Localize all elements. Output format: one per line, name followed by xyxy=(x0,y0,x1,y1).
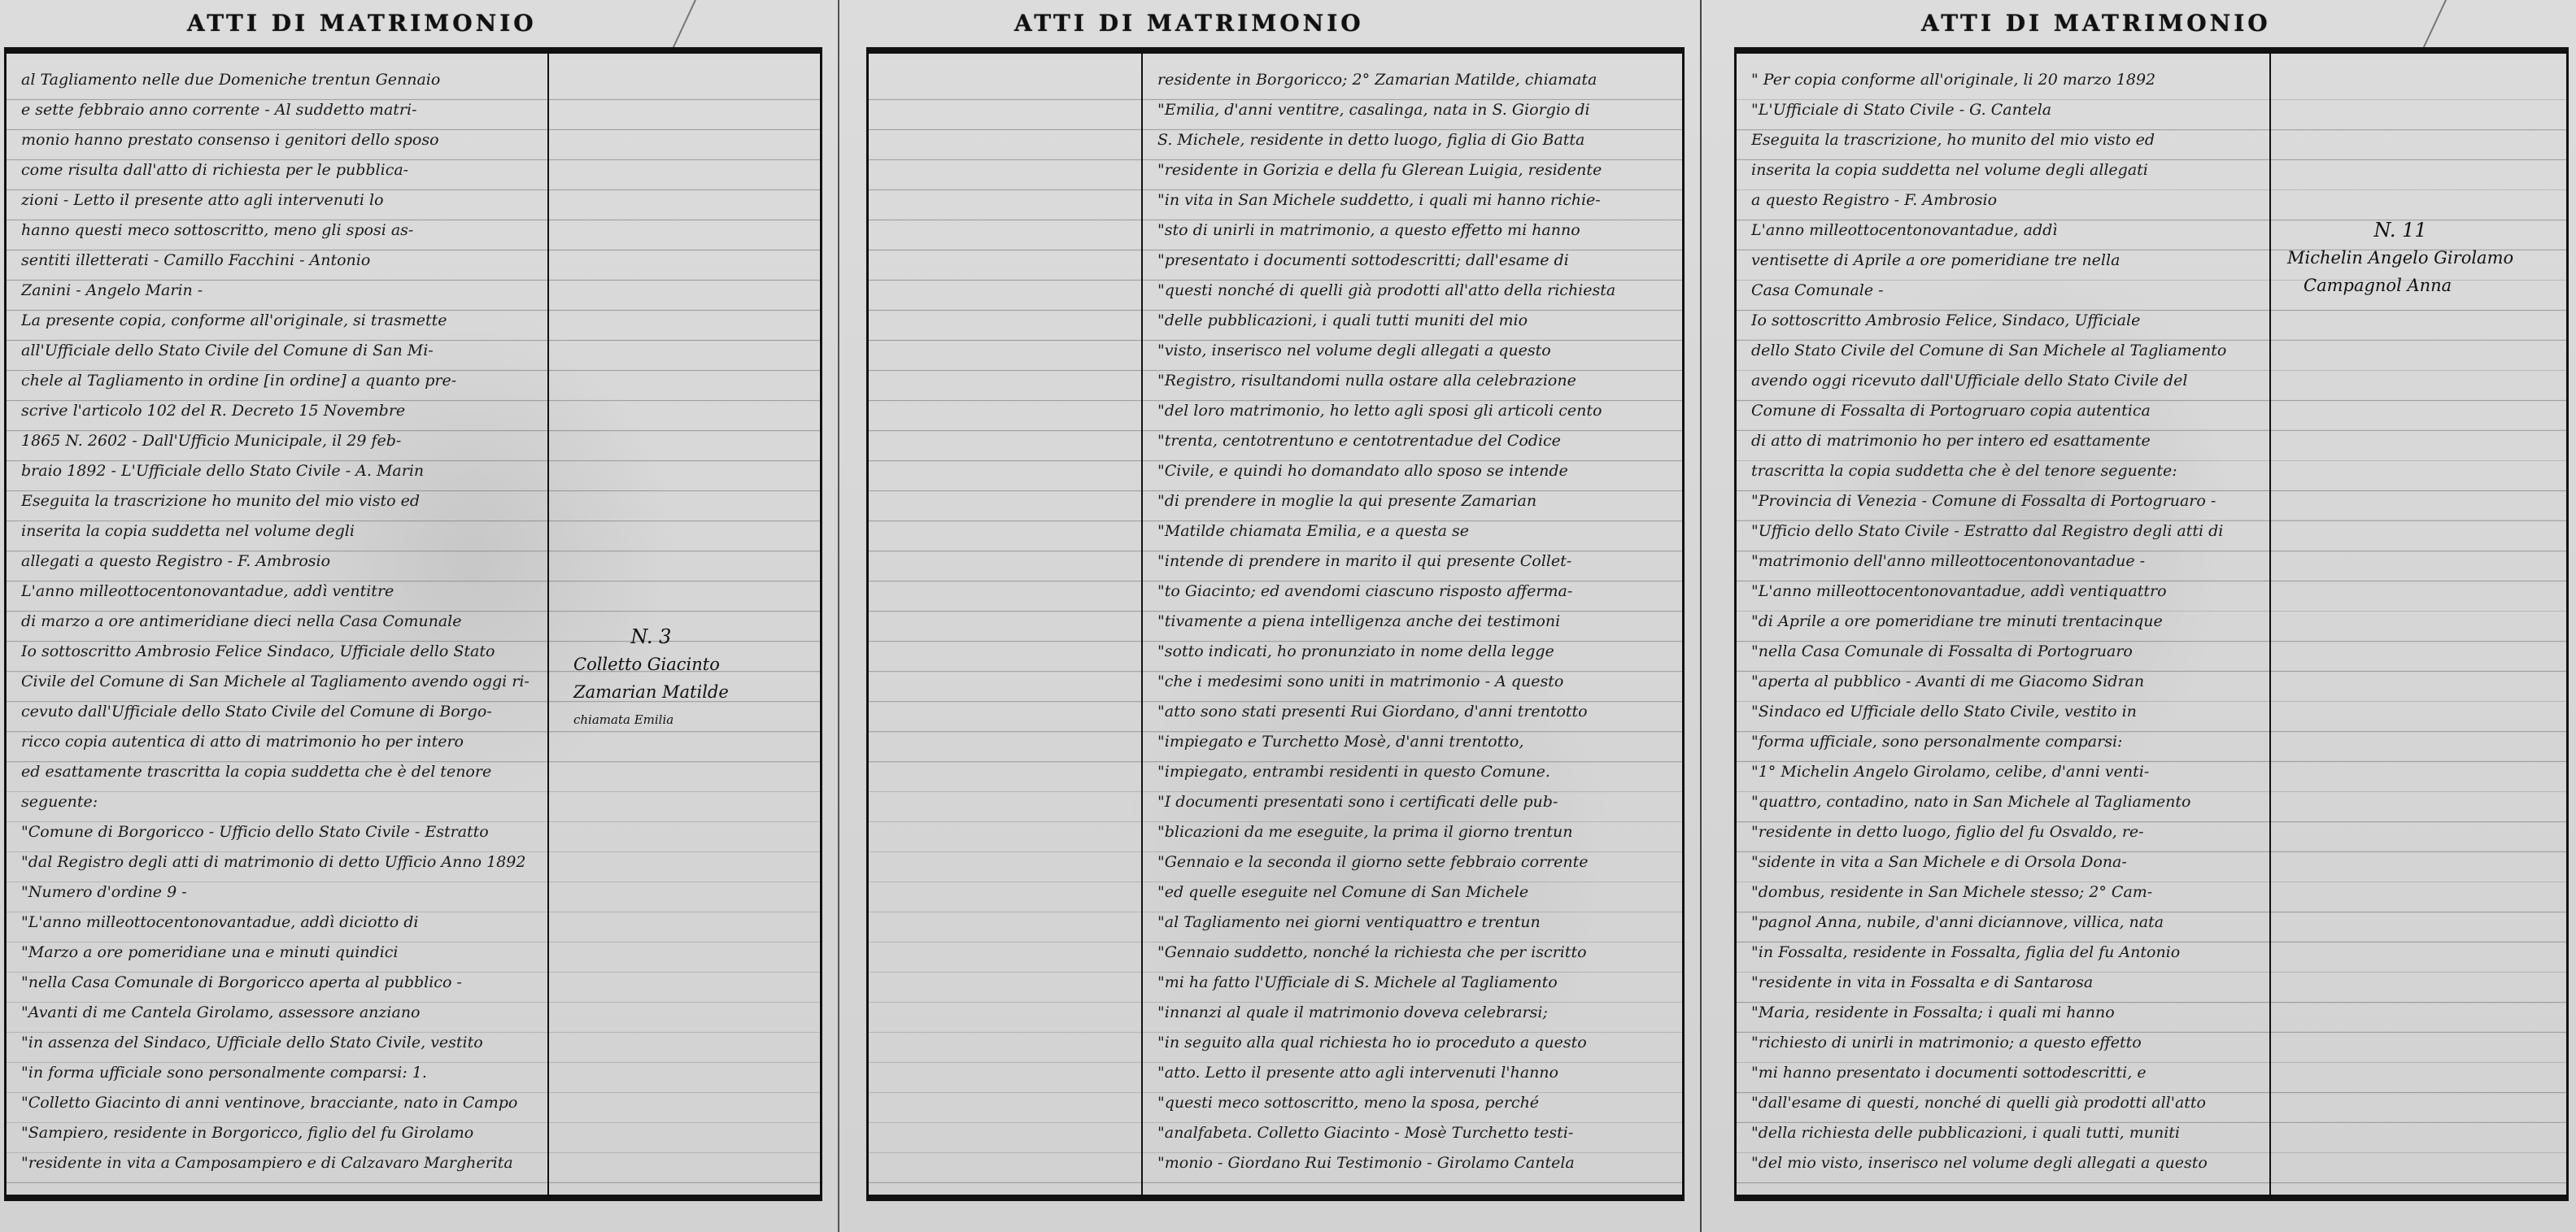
text-line: dello Stato Civile del Comune di San Mic… xyxy=(1751,336,2258,366)
text-line: "impiegato, entrambi residenti in questo… xyxy=(1157,757,1671,787)
text-line: "visto, inserisco nel volume degli alleg… xyxy=(1157,336,1671,366)
text-line: "matrimonio dell'anno milleottocentonova… xyxy=(1751,546,2258,577)
text-line: "del loro matrimonio, ho letto agli spos… xyxy=(1157,396,1671,426)
text-line: "Emilia, d'anni ventitre, casalinga, nat… xyxy=(1157,95,1671,125)
text-line: cevuto dall'Ufficiale dello Stato Civile… xyxy=(21,697,536,727)
text-line: "ed quelle eseguite nel Comune di San Mi… xyxy=(1157,877,1671,908)
text-line: "monio - Giordano Rui Testimonio - Girol… xyxy=(1157,1148,1671,1178)
text-line: "in forma ufficiale sono personalmente c… xyxy=(21,1058,536,1088)
margin-annotation: N. 3 Colletto Giacinto Zamarian Matilde … xyxy=(573,623,729,734)
text-line: "questi meco sottoscritto, meno la sposa… xyxy=(1157,1088,1671,1118)
record-number: N. 3 xyxy=(573,623,729,651)
text-line: zioni - Letto il presente atto agli inte… xyxy=(21,185,536,215)
text-line: come risulta dall'atto di richiesta per … xyxy=(21,155,536,185)
text-line: seguente: xyxy=(21,787,536,817)
text-line: "L'Ufficiale di Stato Civile - G. Cantel… xyxy=(1751,95,2258,125)
text-line: "residente in Gorizia e della fu Glerean… xyxy=(1157,155,1671,185)
text-line: monio hanno prestato consenso i genitori… xyxy=(21,125,536,155)
text-line: "dal Registro degli atti di matrimonio d… xyxy=(21,847,536,877)
text-line: "Gennaio suddetto, nonché la richiesta c… xyxy=(1157,938,1671,968)
text-line: "di Aprile a ore pomeridiane tre minuti … xyxy=(1751,607,2258,637)
text-line: "L'anno milleottocentonovantadue, addì d… xyxy=(21,908,536,938)
text-line: hanno questi meco sottoscritto, meno gli… xyxy=(21,215,536,246)
text-line: trascritta la copia suddetta che è del t… xyxy=(1751,456,2258,486)
text-line: "Ufficio dello Stato Civile - Estratto d… xyxy=(1751,516,2258,546)
bride-name: Zamarian Matilde xyxy=(573,678,729,706)
text-line: "quattro, contadino, nato in San Michele… xyxy=(1751,787,2258,817)
text-line: allegati a questo Registro - F. Ambrosio xyxy=(21,546,536,577)
text-line: residente in Borgoricco; 2° Zamarian Mat… xyxy=(1157,65,1671,95)
record-text: " Per copia conforme all'originale, li 2… xyxy=(1751,65,2258,1178)
margin-annotation: N. 11 Michelin Angelo Girolamo Campagnol… xyxy=(2287,216,2513,299)
bride-name: Campagnol Anna xyxy=(2287,272,2513,299)
register-page-2: ATTI DI MATRIMONIO residente in Borgoric… xyxy=(838,0,1702,1232)
text-line: "delle pubblicazioni, i quali tutti muni… xyxy=(1157,306,1671,336)
text-line: "1° Michelin Angelo Girolamo, celibe, d'… xyxy=(1751,757,2258,787)
text-line: Zanini - Angelo Marin - xyxy=(21,276,536,306)
text-line: "Civile, e quindi ho domandato allo spos… xyxy=(1157,456,1671,486)
groom-name: Colletto Giacinto xyxy=(573,651,729,678)
text-line: sentiti illetterati - Camillo Facchini -… xyxy=(21,246,536,276)
text-line: inserita la copia suddetta nel volume de… xyxy=(1751,155,2258,185)
text-line: "questi nonché di quelli già prodotti al… xyxy=(1157,276,1671,306)
text-line: "Avanti di me Cantela Girolamo, assessor… xyxy=(21,998,536,1028)
text-line: Comune di Fossalta di Portogruaro copia … xyxy=(1751,396,2258,426)
text-line: "L'anno milleottocentonovantadue, addì v… xyxy=(1751,577,2258,607)
text-line: "analfabeta. Colletto Giacinto - Mosè Tu… xyxy=(1157,1118,1671,1148)
page-title: ATTI DI MATRIMONIO xyxy=(1921,10,2271,37)
text-line: "Numero d'ordine 9 - xyxy=(21,877,536,908)
text-line: 1865 N. 2602 - Dall'Ufficio Municipale, … xyxy=(21,426,536,456)
text-line: "impiegato e Turchetto Mosè, d'anni tren… xyxy=(1157,727,1671,757)
text-line: " Per copia conforme all'originale, li 2… xyxy=(1751,65,2258,95)
text-line: "Marzo a ore pomeridiane una e minuti qu… xyxy=(21,938,536,968)
text-line: ventisette di Aprile a ore pomeridiane t… xyxy=(1751,246,2258,276)
text-line: "in vita in San Michele suddetto, i qual… xyxy=(1157,185,1671,215)
text-line: ed esattamente trascritta la copia sudde… xyxy=(21,757,536,787)
text-line: Casa Comunale - xyxy=(1751,276,2258,306)
record-body-column: " Per copia conforme all'originale, li 2… xyxy=(1737,54,2271,1195)
text-line: di atto di matrimonio ho per intero ed e… xyxy=(1751,426,2258,456)
text-line: "residente in vita in Fossalta e di Sant… xyxy=(1751,968,2258,998)
groom-name: Michelin Angelo Girolamo xyxy=(2287,244,2513,272)
text-line: "Colletto Giacinto di anni ventinove, br… xyxy=(21,1088,536,1118)
text-line: La presente copia, conforme all'original… xyxy=(21,306,536,336)
margin-column xyxy=(869,54,1143,1195)
text-line: Io sottoscritto Ambrosio Felice, Sindaco… xyxy=(1751,306,2258,336)
text-line: "trenta, centotrentuno e centotrentadue … xyxy=(1157,426,1671,456)
register-page-3: ATTI DI MATRIMONIO " Per copia conforme … xyxy=(1700,0,2576,1232)
text-line: "in seguito alla qual richiesta ho io pr… xyxy=(1157,1028,1671,1058)
text-line: inserita la copia suddetta nel volume de… xyxy=(21,516,536,546)
bride-alias: chiamata Emilia xyxy=(573,706,729,734)
record-body-column: al Tagliamento nelle due Domeniche trent… xyxy=(7,54,549,1195)
record-frame: " Per copia conforme all'originale, li 2… xyxy=(1734,47,2569,1201)
text-line: "che i medesimi sono uniti in matrimonio… xyxy=(1157,667,1671,697)
text-line: "atto sono stati presenti Rui Giordano, … xyxy=(1157,697,1671,727)
text-line: "mi ha fatto l'Ufficiale di S. Michele a… xyxy=(1157,968,1671,998)
text-line: "in Fossalta, residente in Fossalta, fig… xyxy=(1751,938,2258,968)
text-line: "del mio visto, inserisco nel volume deg… xyxy=(1751,1148,2258,1178)
page-title: ATTI DI MATRIMONIO xyxy=(1014,10,1364,37)
text-line: "sotto indicati, ho pronunziato in nome … xyxy=(1157,637,1671,667)
text-line: "I documenti presentati sono i certifica… xyxy=(1157,787,1671,817)
record-text: al Tagliamento nelle due Domeniche trent… xyxy=(21,65,536,1178)
text-line: "della richiesta delle pubblicazioni, i … xyxy=(1751,1118,2258,1148)
text-line: "residente in vita a Camposampiero e di … xyxy=(21,1148,536,1178)
text-line: "to Giacinto; ed avendomi ciascuno rispo… xyxy=(1157,577,1671,607)
text-line: "dall'esame di questi, nonché di quelli … xyxy=(1751,1088,2258,1118)
text-line: di marzo a ore antimeridiane dieci nella… xyxy=(21,607,536,637)
text-line: L'anno milleottocentonovantadue, addì xyxy=(1751,215,2258,246)
text-line: all'Ufficiale dello Stato Civile del Com… xyxy=(21,336,536,366)
text-line: e sette febbraio anno corrente - Al sudd… xyxy=(21,95,536,125)
text-line: "Matilde chiamata Emilia, e a questa se xyxy=(1157,516,1671,546)
text-line: "aperta al pubblico - Avanti di me Giaco… xyxy=(1751,667,2258,697)
margin-column: N. 3 Colletto Giacinto Zamarian Matilde … xyxy=(549,54,820,1195)
text-line: "Sampiero, residente in Borgoricco, figl… xyxy=(21,1118,536,1148)
text-line: "forma ufficiale, sono personalmente com… xyxy=(1751,727,2258,757)
text-line: Io sottoscritto Ambrosio Felice Sindaco,… xyxy=(21,637,536,667)
register-page-1: ATTI DI MATRIMONIO al Tagliamento nelle … xyxy=(0,0,838,1232)
text-line: "Comune di Borgoricco - Ufficio dello St… xyxy=(21,817,536,847)
text-line: "sto di unirli in matrimonio, a questo e… xyxy=(1157,215,1671,246)
record-frame: residente in Borgoricco; 2° Zamarian Mat… xyxy=(866,47,1685,1201)
text-line: "Sindaco ed Ufficiale dello Stato Civile… xyxy=(1751,697,2258,727)
text-line: "atto. Letto il presente atto agli inter… xyxy=(1157,1058,1671,1088)
text-line: "Gennaio e la seconda il giorno sette fe… xyxy=(1157,847,1671,877)
record-frame: al Tagliamento nelle due Domeniche trent… xyxy=(4,47,822,1201)
text-line: "tivamente a piena intelligenza anche de… xyxy=(1157,607,1671,637)
text-line: chele al Tagliamento in ordine [in ordin… xyxy=(21,366,536,396)
text-line: ricco copia autentica di atto di matrimo… xyxy=(21,727,536,757)
text-line: L'anno milleottocentonovantadue, addì ve… xyxy=(21,577,536,607)
text-line: Civile del Comune di San Michele al Tagl… xyxy=(21,667,536,697)
text-line: "Registro, risultandomi nulla ostare all… xyxy=(1157,366,1671,396)
text-line: "al Tagliamento nei giorni ventiquattro … xyxy=(1157,908,1671,938)
text-line: "intende di prendere in marito il qui pr… xyxy=(1157,546,1671,577)
text-line: "presentato i documenti sottodescritti; … xyxy=(1157,246,1671,276)
margin-column: N. 11 Michelin Angelo Girolamo Campagnol… xyxy=(2271,54,2566,1195)
text-line: "richiesto di unirli in matrimonio; a qu… xyxy=(1751,1028,2258,1058)
text-line: "blicazioni da me eseguite, la prima il … xyxy=(1157,817,1671,847)
text-line: "innanzi al quale il matrimonio doveva c… xyxy=(1157,998,1671,1028)
text-line: "Provincia di Venezia - Comune di Fossal… xyxy=(1751,486,2258,516)
text-line: "sidente in vita a San Michele e di Orso… xyxy=(1751,847,2258,877)
text-line: scrive l'articolo 102 del R. Decreto 15 … xyxy=(21,396,536,426)
text-line: "mi hanno presentato i documenti sottode… xyxy=(1751,1058,2258,1088)
text-line: "in assenza del Sindaco, Ufficiale dello… xyxy=(21,1028,536,1058)
pencil-mark xyxy=(2421,0,2447,50)
text-line: "pagnol Anna, nubile, d'anni diciannove,… xyxy=(1751,908,2258,938)
text-line: al Tagliamento nelle due Domeniche trent… xyxy=(21,65,536,95)
text-line: "Maria, residente in Fossalta; i quali m… xyxy=(1751,998,2258,1028)
text-line: Eseguita la trascrizione ho munito del m… xyxy=(21,486,536,516)
page-title: ATTI DI MATRIMONIO xyxy=(187,10,537,37)
text-line: braio 1892 - L'Ufficiale dello Stato Civ… xyxy=(21,456,536,486)
text-line: "dombus, residente in San Michele stesso… xyxy=(1751,877,2258,908)
record-number: N. 11 xyxy=(2287,216,2513,244)
record-text: residente in Borgoricco; 2° Zamarian Mat… xyxy=(1157,65,1671,1178)
text-line: "residente in detto luogo, figlio del fu… xyxy=(1751,817,2258,847)
text-line: "di prendere in moglie la qui presente Z… xyxy=(1157,486,1671,516)
text-line: "nella Casa Comunale di Borgoricco apert… xyxy=(21,968,536,998)
text-line: S. Michele, residente in detto luogo, fi… xyxy=(1157,125,1671,155)
text-line: "nella Casa Comunale di Fossalta di Port… xyxy=(1751,637,2258,667)
text-line: avendo oggi ricevuto dall'Ufficiale dell… xyxy=(1751,366,2258,396)
record-body-column: residente in Borgoricco; 2° Zamarian Mat… xyxy=(1143,54,1682,1195)
text-line: Eseguita la trascrizione, ho munito del … xyxy=(1751,125,2258,155)
pencil-mark xyxy=(671,0,696,50)
text-line: a questo Registro - F. Ambrosio xyxy=(1751,185,2258,215)
